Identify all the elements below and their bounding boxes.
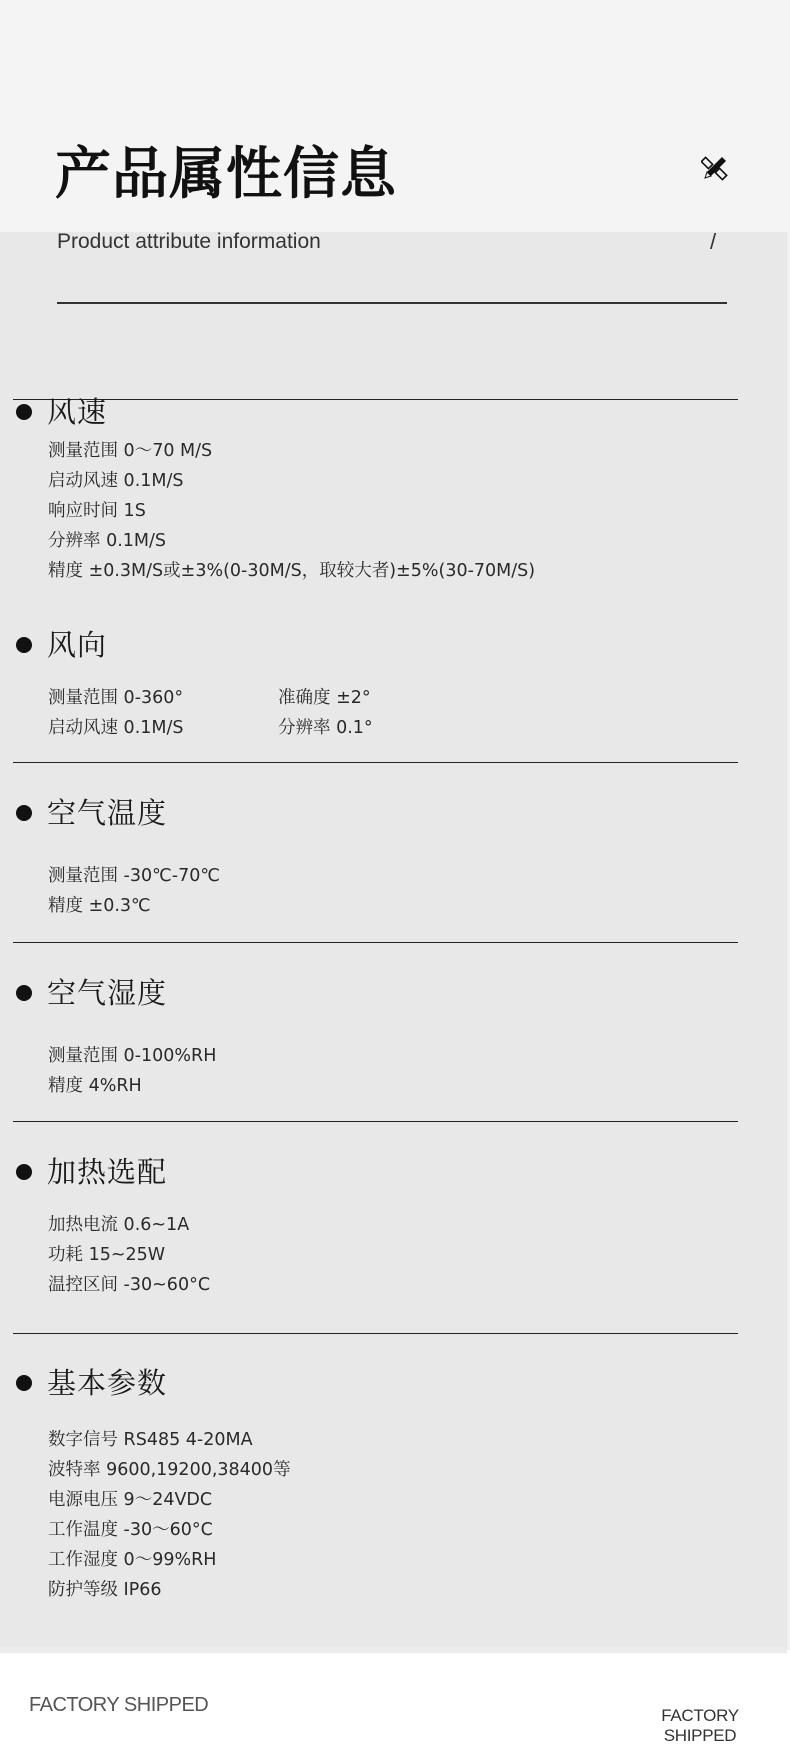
bullet-icon — [16, 404, 32, 420]
section-divider — [13, 1333, 738, 1334]
spec-row: 功耗 15~25W — [48, 1240, 210, 1270]
footer-label-line1: FACTORY — [640, 1706, 760, 1726]
section-divider — [13, 762, 738, 763]
section-title: 加热选配 — [47, 1152, 167, 1192]
section-divider — [13, 399, 738, 400]
spec-row: 电源电压 9～24VDC — [48, 1485, 291, 1515]
spec-cell: 启动风速 0.1M/S — [48, 713, 278, 743]
header-divider — [57, 302, 727, 304]
spec-row: 响应时间 1S — [48, 496, 535, 526]
bullet-icon — [16, 805, 32, 821]
section-title: 空气湿度 — [47, 973, 167, 1013]
spec-row: 温控区间 -30~60°C — [48, 1270, 210, 1300]
section-title: 风向 — [47, 625, 107, 665]
section-title: 风速 — [47, 392, 107, 432]
pencil-ruler-icon — [701, 154, 729, 182]
spec-row: 测量范围 0-100%RH — [48, 1041, 216, 1071]
spec-row: 精度 ±0.3M/S或±3%(0-30M/S，取较大者)±5%(30-70M/S… — [48, 556, 535, 586]
footer-caption: FACTORY SHIPPED — [29, 1694, 208, 1717]
section-divider — [13, 942, 738, 943]
spec-row: 加热电流 0.6~1A — [48, 1210, 210, 1240]
page-title: 产品属性信息 — [55, 140, 397, 210]
spec-row: 数字信号 RS485 4-20MA — [48, 1425, 291, 1455]
footer-label: FACTORY SHIPPED — [640, 1706, 760, 1746]
section-title: 基本参数 — [47, 1363, 167, 1403]
spec-cell: 测量范围 0-360° — [48, 683, 278, 713]
bullet-icon — [16, 1164, 32, 1180]
bullet-icon — [16, 1375, 32, 1391]
panel-bottom-border — [0, 1647, 787, 1653]
footer-label-line2: SHIPPED — [640, 1726, 760, 1746]
spec-row: 工作温度 -30～60°C — [48, 1515, 291, 1545]
spec-row: 工作湿度 0～99%RH — [48, 1545, 291, 1575]
decorative-slash: / — [710, 228, 716, 256]
spec-row: 防护等级 IP66 — [48, 1575, 291, 1605]
spec-row: 精度 ±0.3℃ — [48, 891, 220, 921]
section-title: 空气温度 — [47, 793, 167, 833]
bullet-icon — [16, 985, 32, 1001]
spec-row: 测量范围 -30℃-70℃ — [48, 861, 220, 891]
spec-cell: 准确度 ±2° — [278, 683, 478, 713]
spec-row: 启动风速 0.1M/S — [48, 466, 535, 496]
page-subtitle: Product attribute information — [57, 228, 321, 256]
spec-row: 波特率 9600,19200,38400等 — [48, 1455, 291, 1485]
bullet-icon — [16, 637, 32, 653]
spec-cell: 分辨率 0.1° — [278, 713, 478, 743]
spec-row: 测量范围 0～70 M/S — [48, 436, 535, 466]
spec-row: 分辨率 0.1M/S — [48, 526, 535, 556]
spec-row: 精度 4%RH — [48, 1071, 216, 1101]
section-divider — [13, 1121, 738, 1122]
